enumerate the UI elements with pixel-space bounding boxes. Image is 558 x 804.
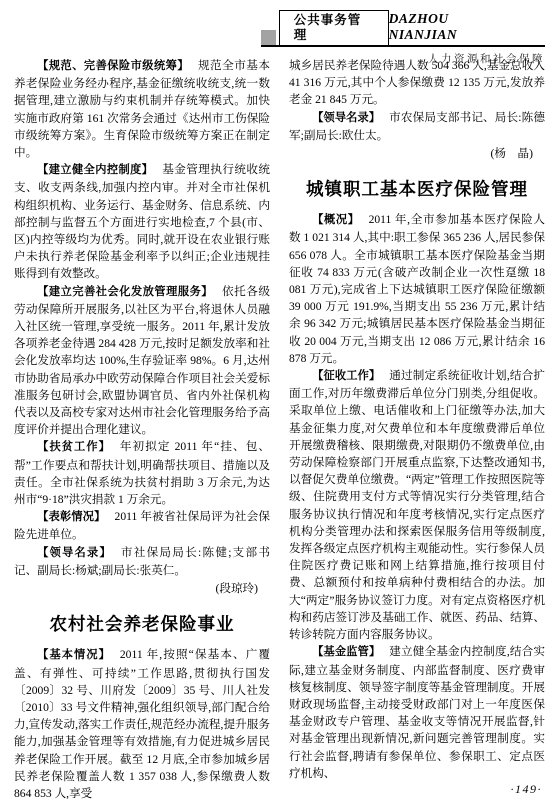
paragraph: 【概况】2011 年,全市参加基本医疗保险人数 1 021 314 人,其中:职… <box>289 211 545 367</box>
header-decoration-square <box>261 30 276 45</box>
entry-text: 通过制定系统征收计划,结合扩面工作,对历年缴费滞后单位分门别类,分组促收。采取单… <box>289 369 545 641</box>
author-byline: (杨 晶) <box>289 145 545 162</box>
paragraph: 【表彰情况】2011 年被省社保局评为社会保险先进单位。 <box>14 508 270 543</box>
paragraph: 【建立完善社会化发放管理服务】依托各级劳动保障所开展服务,以社区为平台,将退休人… <box>14 283 270 439</box>
paragraph: 【规范、完善保险市级统筹】规范全市基本养老保险业务经办程序,基金征缴统收统支,统… <box>14 57 270 161</box>
paragraph: 【领导名录】市农保局支部书记、局长:陈德军;副局长:欧仕太。 <box>289 109 545 144</box>
entry-tag: 【建立健全内控制度】 <box>37 164 153 176</box>
entry-tag: 【领导名录】 <box>312 112 380 124</box>
entry-text: 2011 年,按照“保基本、广覆盖、有弹性、可持续”工作思路,贯彻执行国发〔20… <box>14 648 270 800</box>
yearbook-page: 公共事务管理 DAZHOU NIANJIAN 人力资源和社会保障 【规范、完善保… <box>0 0 558 804</box>
paragraph: 【基本情况】2011 年,按照“保基本、广覆盖、有弹性、可持续”工作思路,贯彻执… <box>14 646 270 802</box>
entry-tag: 【领导名录】 <box>37 547 112 559</box>
entry-tag: 【概况】 <box>312 214 359 226</box>
section-label: 公共事务管理 <box>294 13 362 42</box>
section-label-box: 公共事务管理 <box>279 10 389 45</box>
content-columns: 【规范、完善保险市级统筹】规范全市基本养老保险业务经办程序,基金征缴统收统支,统… <box>14 57 545 804</box>
entry-text: 依托各级劳动保障所开展服务,以社区为平台,将退休人员融入社区统一管理,享受统一服… <box>14 285 270 437</box>
section-heading: 农村社会养老保险事业 <box>14 612 270 636</box>
page-number: ·149· <box>511 782 543 797</box>
entry-text: 建立健全基金内控制度,结合实际,建立基金财务制度、内部监督制度、医疗费审核复核制… <box>289 645 545 779</box>
entry-tag: 【基本情况】 <box>37 649 111 661</box>
section-heading: 城镇职工基本医疗保险管理 <box>289 177 545 201</box>
header-rule-row: 公共事务管理 DAZHOU NIANJIAN <box>261 10 545 47</box>
entry-tag: 【基金监管】 <box>312 646 380 658</box>
entry-text: 基金管理执行统收统支、收支两条线,加强内控内审。并对全市社保机构组织机构、业务运… <box>14 163 270 280</box>
paragraph: 【领导名录】市社保局局长:陈健;支部书记、副局长:杨斌;副局长:张英仁。 <box>14 544 270 579</box>
entry-text: 规范全市基本养老保险业务经办程序,基金征缴统收统支,统一数据管理,建立激励与约束… <box>14 59 270 159</box>
entry-text: 城乡居民养老保险待遇人数 504 366 人,基金总收入 41 316 万元,其… <box>289 59 545 106</box>
entry-tag: 【规范、完善保险市级统筹】 <box>37 60 189 72</box>
paragraph: 【基金监管】建立健全基金内控制度,结合实际,建立基金财务制度、内部监督制度、医疗… <box>289 643 545 782</box>
right-column: 城乡居民养老保险待遇人数 504 366 人,基金总收入 41 316 万元,其… <box>289 57 545 804</box>
author-byline: (段琼玲) <box>14 580 270 597</box>
paragraph: 【建立健全内控制度】基金管理执行统收统支、收支两条线,加强内控内审。并对全市社保… <box>14 161 270 282</box>
paragraph: 【扶贫工作】年初拟定 2011 年“挂、包、帮”工作要点和帮扶计划,明确帮扶项目… <box>14 438 270 508</box>
paragraph: 【征收工作】通过制定系统征收计划,结合扩面工作,对历年缴费滞后单位分门别类,分组… <box>289 367 545 643</box>
entry-tag: 【征收工作】 <box>312 370 380 382</box>
entry-tag: 【建立完善社会化发放管理服务】 <box>37 286 213 298</box>
entry-tag: 【表彰情况】 <box>37 511 105 523</box>
entry-tag: 【扶贫工作】 <box>37 441 111 453</box>
left-column: 【规范、完善保险市级统筹】规范全市基本养老保险业务经办程序,基金征缴统收统支,统… <box>14 57 270 804</box>
paragraph-continuation: 城乡居民养老保险待遇人数 504 366 人,基金总收入 41 316 万元,其… <box>289 57 545 109</box>
entry-text: 2011 年,全市参加基本医疗保险人数 1 021 314 人,其中:职工参保 … <box>289 213 545 365</box>
book-title: DAZHOU NIANJIAN <box>389 11 545 45</box>
